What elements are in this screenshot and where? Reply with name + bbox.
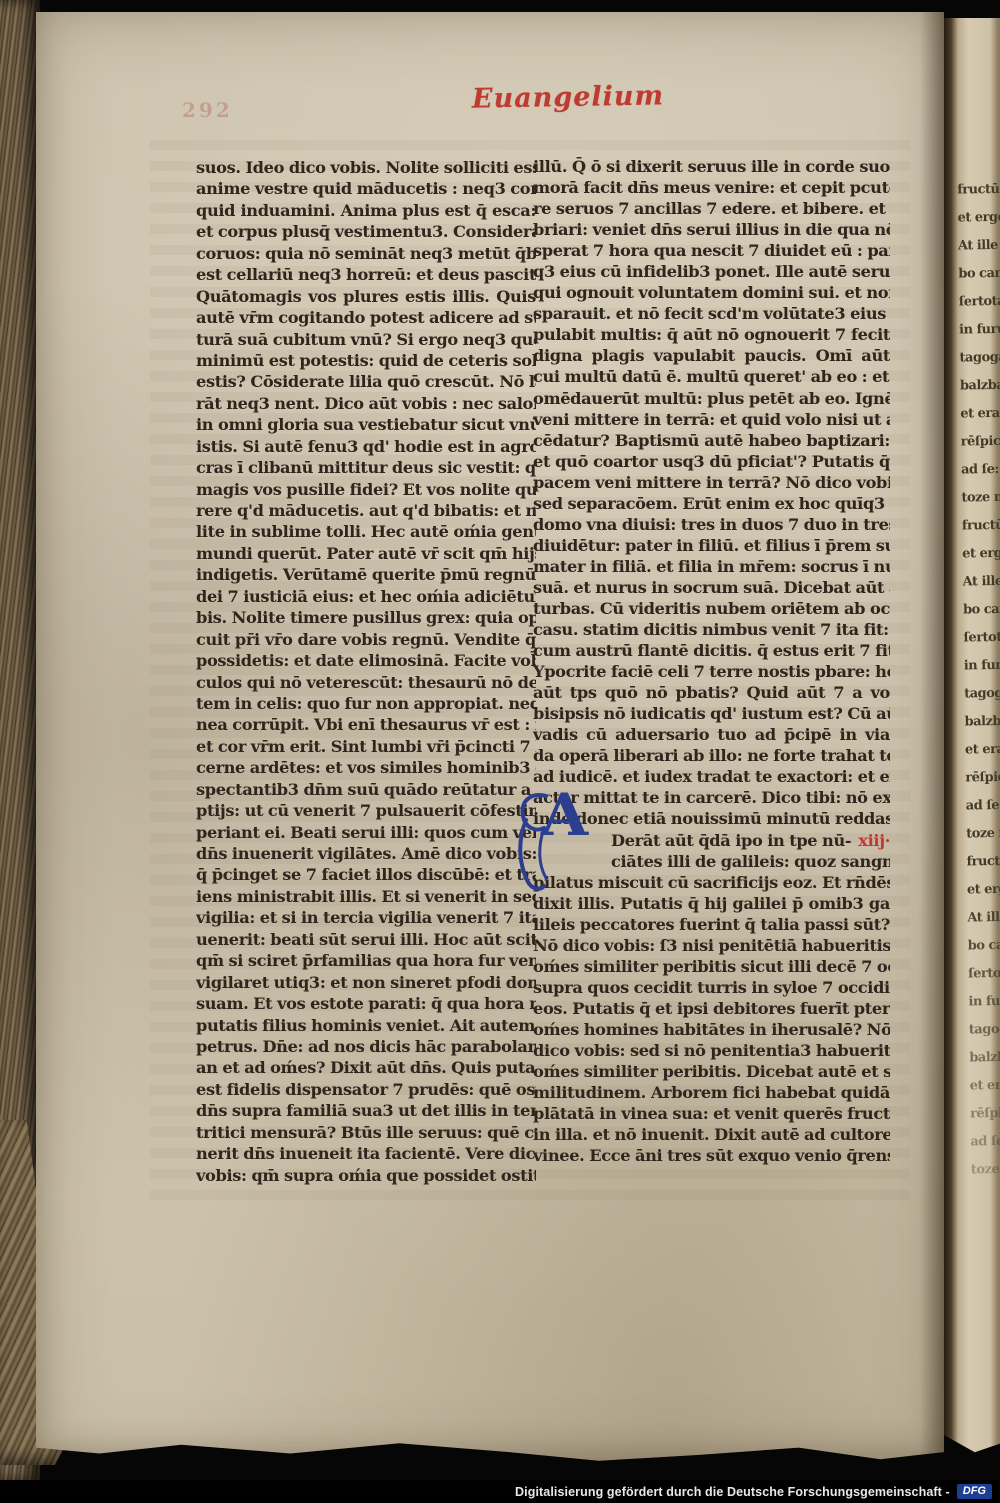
edge-text-fragment: At ille ri	[958, 232, 1000, 261]
text-line: lileis peccatores fuerint q̄ talia passi…	[533, 914, 890, 935]
text-line: in omni gloria sua vestiebatur sicut vnū…	[196, 414, 536, 435]
edge-text-fragment: ſertota.	[963, 624, 1000, 653]
text-line: Ypocrite faciē celi 7 terre nostis pbare…	[533, 661, 890, 682]
text-line: spectantib3 dn̄m suū quādo reūtatur a nu	[196, 779, 536, 800]
text-line: pilatus miscuit cū sacrificijs eoz. Et r…	[533, 872, 890, 893]
edge-text-fragment: bo canno	[963, 596, 1000, 625]
text-line: coruos: quia nō semināt neq3 metūt q̄b3 …	[196, 243, 536, 264]
text-line: rāt neq3 nent. Dico aūt vobis : nec salo…	[196, 393, 536, 414]
edge-text-fragment: ad ſe: et ai	[961, 456, 1000, 485]
edge-text-fragment: ſertota.	[968, 959, 1000, 988]
text-line: vobis: qm̄ supra oḿia que possidet ostit…	[196, 1165, 536, 1186]
edge-text-fragment: et ergo	[957, 204, 1000, 233]
text-line: mater in filiā. et filia in mr̄em: socru…	[533, 556, 890, 577]
text-line: rere q'd māducetis. aut q'd bibatis: et …	[196, 500, 536, 521]
text-line: vigilia: et si in tercia vigilia venerit…	[196, 907, 536, 928]
text-line: periant ei. Beati serui illi: quos cum v…	[196, 822, 536, 843]
text-line: casu. statim dicitis nimbus venit 7 ita …	[533, 619, 890, 640]
text-line: Derāt aūt q̄dā ipo in tpe nū-xiij·	[533, 830, 890, 851]
text-line: qm̄ si sciret p̄rfamilias qua hora fur v…	[196, 950, 536, 971]
text-line: da operā liberari ab illo: ne forte trah…	[533, 745, 890, 766]
text-line: autē vr̄m cogitando potest adicere ad st…	[196, 307, 536, 328]
edge-text-fragment: rēſpicere.	[965, 764, 1000, 793]
text-line: briari: veniet dn̄s serui illius in die …	[533, 219, 890, 240]
edge-text-fragment: balzbar ſ	[964, 708, 1000, 737]
text-line: q̄ p̄cinget se 7 faciet illos discūbē: e…	[196, 864, 536, 885]
text-line: petrus. Dn̄e: ad nos dicis hāc parabolam	[196, 1036, 536, 1057]
text-line: Nō dico vobis: ſ3 nisi penitētiā habueri…	[533, 935, 890, 956]
digitized-manuscript-scan: Euangelium 292 suos. Ideo dico vobis. No…	[0, 0, 1000, 1503]
text-line: cerne ardētes: et vos similes hominib3 e…	[196, 757, 536, 778]
text-line: omēdauerūt multū: plus petēt ab eo. Ignē	[533, 388, 890, 409]
text-line: dixit illis. Putatis q̄ hij galilei p̄ o…	[533, 893, 890, 914]
text-line: oḿes similiter peribitis. Dicebat autē e…	[533, 1061, 890, 1082]
text-line: et quō coartor usq3 dū pficiat'? Putatis…	[533, 451, 890, 472]
text-line: tritici mensurā? Btūs ille seruus: quē c…	[196, 1122, 536, 1143]
text-line: estis? Cōsiderate lilia quō crescūt. Nō …	[196, 371, 536, 392]
text-line: magis vos pusille fidei? Et vos nolite q…	[196, 479, 536, 500]
text-line: cras ī clibanū mittitur deus sic vestit:…	[196, 457, 536, 478]
edge-text-fragment: balzbar ſ	[969, 1043, 1000, 1072]
text-line: dn̄s inuenerit vigilātes. Amē dico vobis…	[196, 843, 536, 864]
dfg-footer-bar: Digitalisierung gefördert durch die Deut…	[0, 1480, 1000, 1503]
text-line: suam. Et vos estote parati: q̄ qua hora …	[196, 993, 536, 1014]
text-line: illū. Q̄ ō si dixerit seruus ille in cor…	[533, 156, 890, 177]
text-line: est fidelis dispensator 7 prudēs: quē os…	[196, 1079, 536, 1100]
text-line: suos. Ideo dico vobis. Nolite solliciti …	[196, 157, 536, 178]
text-line: lite in sublime tolli. Hec autē oḿia gen…	[196, 521, 536, 542]
edge-text-fragment: fructū in	[957, 176, 1000, 205]
edge-text-fragment: toze ma. E	[966, 819, 1000, 848]
edge-text-fragment: tagoga e	[964, 680, 1000, 709]
text-line: anime vestre quid māducetis : neq3 corpo…	[196, 178, 536, 199]
edge-text-fragment: et erat in cl	[960, 400, 1000, 429]
edge-text-fragment: in fururi ſi	[968, 987, 1000, 1016]
text-line: qui ognouit voluntatem domini sui. et no…	[533, 282, 890, 303]
digitization-credit-text: Digitalisierung gefördert durch die Deut…	[515, 1485, 950, 1499]
text-line: dei 7 iusticiā eius: et hec oḿia adiciēt…	[196, 586, 536, 607]
edge-text-fragment: ad ſe: et ai	[970, 1127, 1000, 1156]
text-line: ad iudicē. et iudex tradat te exactori: …	[533, 766, 890, 787]
text-line: dico vobis: sed si nō penitentia3 habuer…	[533, 1040, 890, 1061]
text-line: pulabit multis: q̄ aūt nō ognouerit 7 fe…	[533, 324, 890, 345]
text-line: vigilaret utiq3: et non sineret pfodi do…	[196, 972, 536, 993]
text-line: sparauit. et nō fecit scd'm volūtate3 ei…	[533, 303, 890, 324]
text-line: actor mittat te in carcerē. Dico tibi: n…	[533, 787, 890, 808]
edge-text-fragment: in fururi ſi	[964, 652, 1000, 681]
text-line: inde donec etiā nouissimū minutū reddas.	[533, 808, 890, 829]
edge-text-fragment: fructū in	[962, 512, 1000, 541]
text-line: bisipsis nō iudicatis qd' iustum est? Cū…	[533, 703, 890, 724]
text-line: bis. Nolite timere pusillus grex: quia o…	[196, 607, 536, 628]
text-line: veni mittere in terrā: et quid volo nisi…	[533, 409, 890, 430]
folio-number: 292	[182, 98, 233, 122]
text-line: et corpus plusq̄ vestimentu3. Considerat…	[196, 221, 536, 242]
text-line: istis. Si autē fenu3 qd' hodie est in ag…	[196, 436, 536, 457]
text-line: possidetis: et date elimosinā. Facite vo…	[196, 650, 536, 671]
text-line: ciātes illi de galileis: quoz sangne3	[533, 851, 890, 872]
edge-text-fragment: ad ſe: et ai	[966, 792, 1000, 821]
text-line: sed separacōem. Erūt enim ex hoc quīq3 i…	[533, 493, 890, 514]
text-line: cum austrū flantē dicitis. q̄ estus erit…	[533, 640, 890, 661]
edge-text-fragment: in fururi ſi	[959, 316, 1000, 345]
text-line: culos qui nō veterescūt: thesaurū nō def…	[196, 672, 536, 693]
text-line: quid induamini. Anima plus est q̄ esca:	[196, 200, 536, 221]
text-line: digna plagis vapulabit paucis. Omī aūt	[533, 345, 890, 366]
text-line: sperat 7 hora qua nescit 7 diuidet eū : …	[533, 240, 890, 261]
edge-text-fragment: fructū in	[966, 847, 1000, 876]
text-line: pacem veni mittere in terrā? Nō dico vob…	[533, 472, 890, 493]
edge-text-fragment: At ille ri	[962, 568, 1000, 597]
text-column-right: illū. Q̄ ō si dixerit seruus ille in cor…	[533, 156, 890, 1166]
text-line: an et ad oḿes? Dixit aūt dn̄s. Quis puta…	[196, 1057, 536, 1078]
text-line: indigetis. Verūtamē querite p̄mū regnū	[196, 564, 536, 585]
edge-text-fragment: bo canno	[968, 931, 1000, 960]
text-line: re seruos 7 ancillas 7 edere. et bibere.…	[533, 198, 890, 219]
text-line: tem in celis: quo fur non appropiat. neq…	[196, 693, 536, 714]
text-line: in illa. et nō inuenit. Dixit autē ad cu…	[533, 1124, 890, 1145]
text-line: turbas. Cū videritis nubem oriētem ab oc	[533, 598, 890, 619]
text-line: et cor vr̄m erit. Sint lumbi vr̄i p̄cinc…	[196, 736, 536, 757]
text-line: ptijs: ut cū venerit 7 pulsauerit cōfest…	[196, 800, 536, 821]
edge-text-fragment: toze ma. E	[971, 1155, 1000, 1184]
text-line: mundi querūt. Pater autē vr̄ scit qm̄ hi…	[196, 543, 536, 564]
text-line: oḿes homines habitātes in iherusalē? Nō	[533, 1019, 890, 1040]
text-column-left: suos. Ideo dico vobis. Nolite solliciti …	[196, 157, 536, 1186]
text-line: eos. Putatis q̄ et ipsi debitores fuerīt…	[533, 998, 890, 1019]
rubric-header: Euangelium	[472, 80, 665, 114]
text-line: cēdatur? Baptismū autē habeo baptizari:	[533, 430, 890, 451]
text-line: diuidētur: pater in filiū. et filius ī p…	[533, 535, 890, 556]
dfg-logo: DFG	[957, 1484, 992, 1499]
text-line: plātatā in vinea sua: et venit querēs fr…	[533, 1103, 890, 1124]
text-line: est cellariū neq3 horreū: et deus pascit…	[196, 264, 536, 285]
edge-text-fragment: tagoga e	[959, 344, 1000, 373]
text-line: nea corrūpit. Vbi enī thesaurus vr̄ est …	[196, 714, 536, 735]
edge-text-fragment: et erat in cl	[965, 736, 1000, 765]
edge-text-fragment: At ille ri	[967, 903, 1000, 932]
text-line: oḿes similiter peribitis sicut illi decē…	[533, 956, 890, 977]
edge-text-fragment: rēſpicere.	[960, 428, 1000, 457]
text-line: turā suā cubitum vnū? Si ergo neq3 quod	[196, 329, 536, 350]
edge-text-fragment: bo canno	[958, 260, 1000, 289]
text-line: putatis filius hominis veniet. Ait autem…	[196, 1015, 536, 1036]
text-line: cui multū datū ē. multū queret' ab eo : …	[533, 366, 890, 387]
text-line: domo vna diuisi: tres in duos 7 duo in t…	[533, 514, 890, 535]
edge-text-fragment: tagoga e	[969, 1015, 1000, 1044]
text-line: minimū est potestis: quid de ceteris sol…	[196, 350, 536, 371]
text-line: dn̄s supra familiā sua3 ut det illis in …	[196, 1100, 536, 1121]
text-line: militudinem. Arborem fici habebat quidā	[533, 1082, 890, 1103]
text-line: supra quos cecidit turris in syloe 7 occ…	[533, 977, 890, 998]
chapter-number: xiij·	[858, 830, 890, 851]
text-line: cuit pr̄i vr̄o dare vobis regnū. Vendite…	[196, 629, 536, 650]
text-line: vinee. Ecce āni tres sūt exquo venio q̄r…	[533, 1145, 890, 1166]
text-line: aūt tps quō nō pbatis? Quid aūt 7 a vo	[533, 682, 890, 703]
edge-text-fragment: balzbar ſ	[960, 372, 1000, 401]
text-line: q3 eius cū infidelib3 ponet. Ille autē s…	[533, 261, 890, 282]
text-line: vadis cū aduersario tuo ad p̄cipē in via	[533, 724, 890, 745]
text-line: uenerit: beati sūt serui illi. Hoc aūt s…	[196, 929, 536, 950]
text-line: suā. et nurus in socrum suā. Dicebat aūt…	[533, 577, 890, 598]
edge-text-fragment: toze ma. E	[961, 484, 1000, 513]
facing-page-fore-edge: fructū inet ergoAt ille ribo cannoſertot…	[944, 18, 1000, 1458]
edge-text-fragment: ſertota.	[959, 288, 1000, 317]
text-line: morā facit dn̄s meus venire: et cepit pc…	[533, 177, 890, 198]
edge-text-fragment: rēſpicere.	[970, 1099, 1000, 1128]
facing-page-text-fragments: fructū inet ergoAt ille ribo cannoſertot…	[957, 176, 1000, 1185]
text-line: iens ministrabit illis. Et si venerit in…	[196, 886, 536, 907]
edge-text-fragment: et erat in cl	[969, 1071, 1000, 1100]
text-line: Quātomagis vos plures estis illis. Quis	[196, 286, 536, 307]
edge-text-fragment: et ergo	[962, 540, 1000, 569]
edge-text-fragment: et ergo	[967, 875, 1000, 904]
text-line: nerit dn̄s inueneit ita facientē. Vere d…	[196, 1143, 536, 1164]
